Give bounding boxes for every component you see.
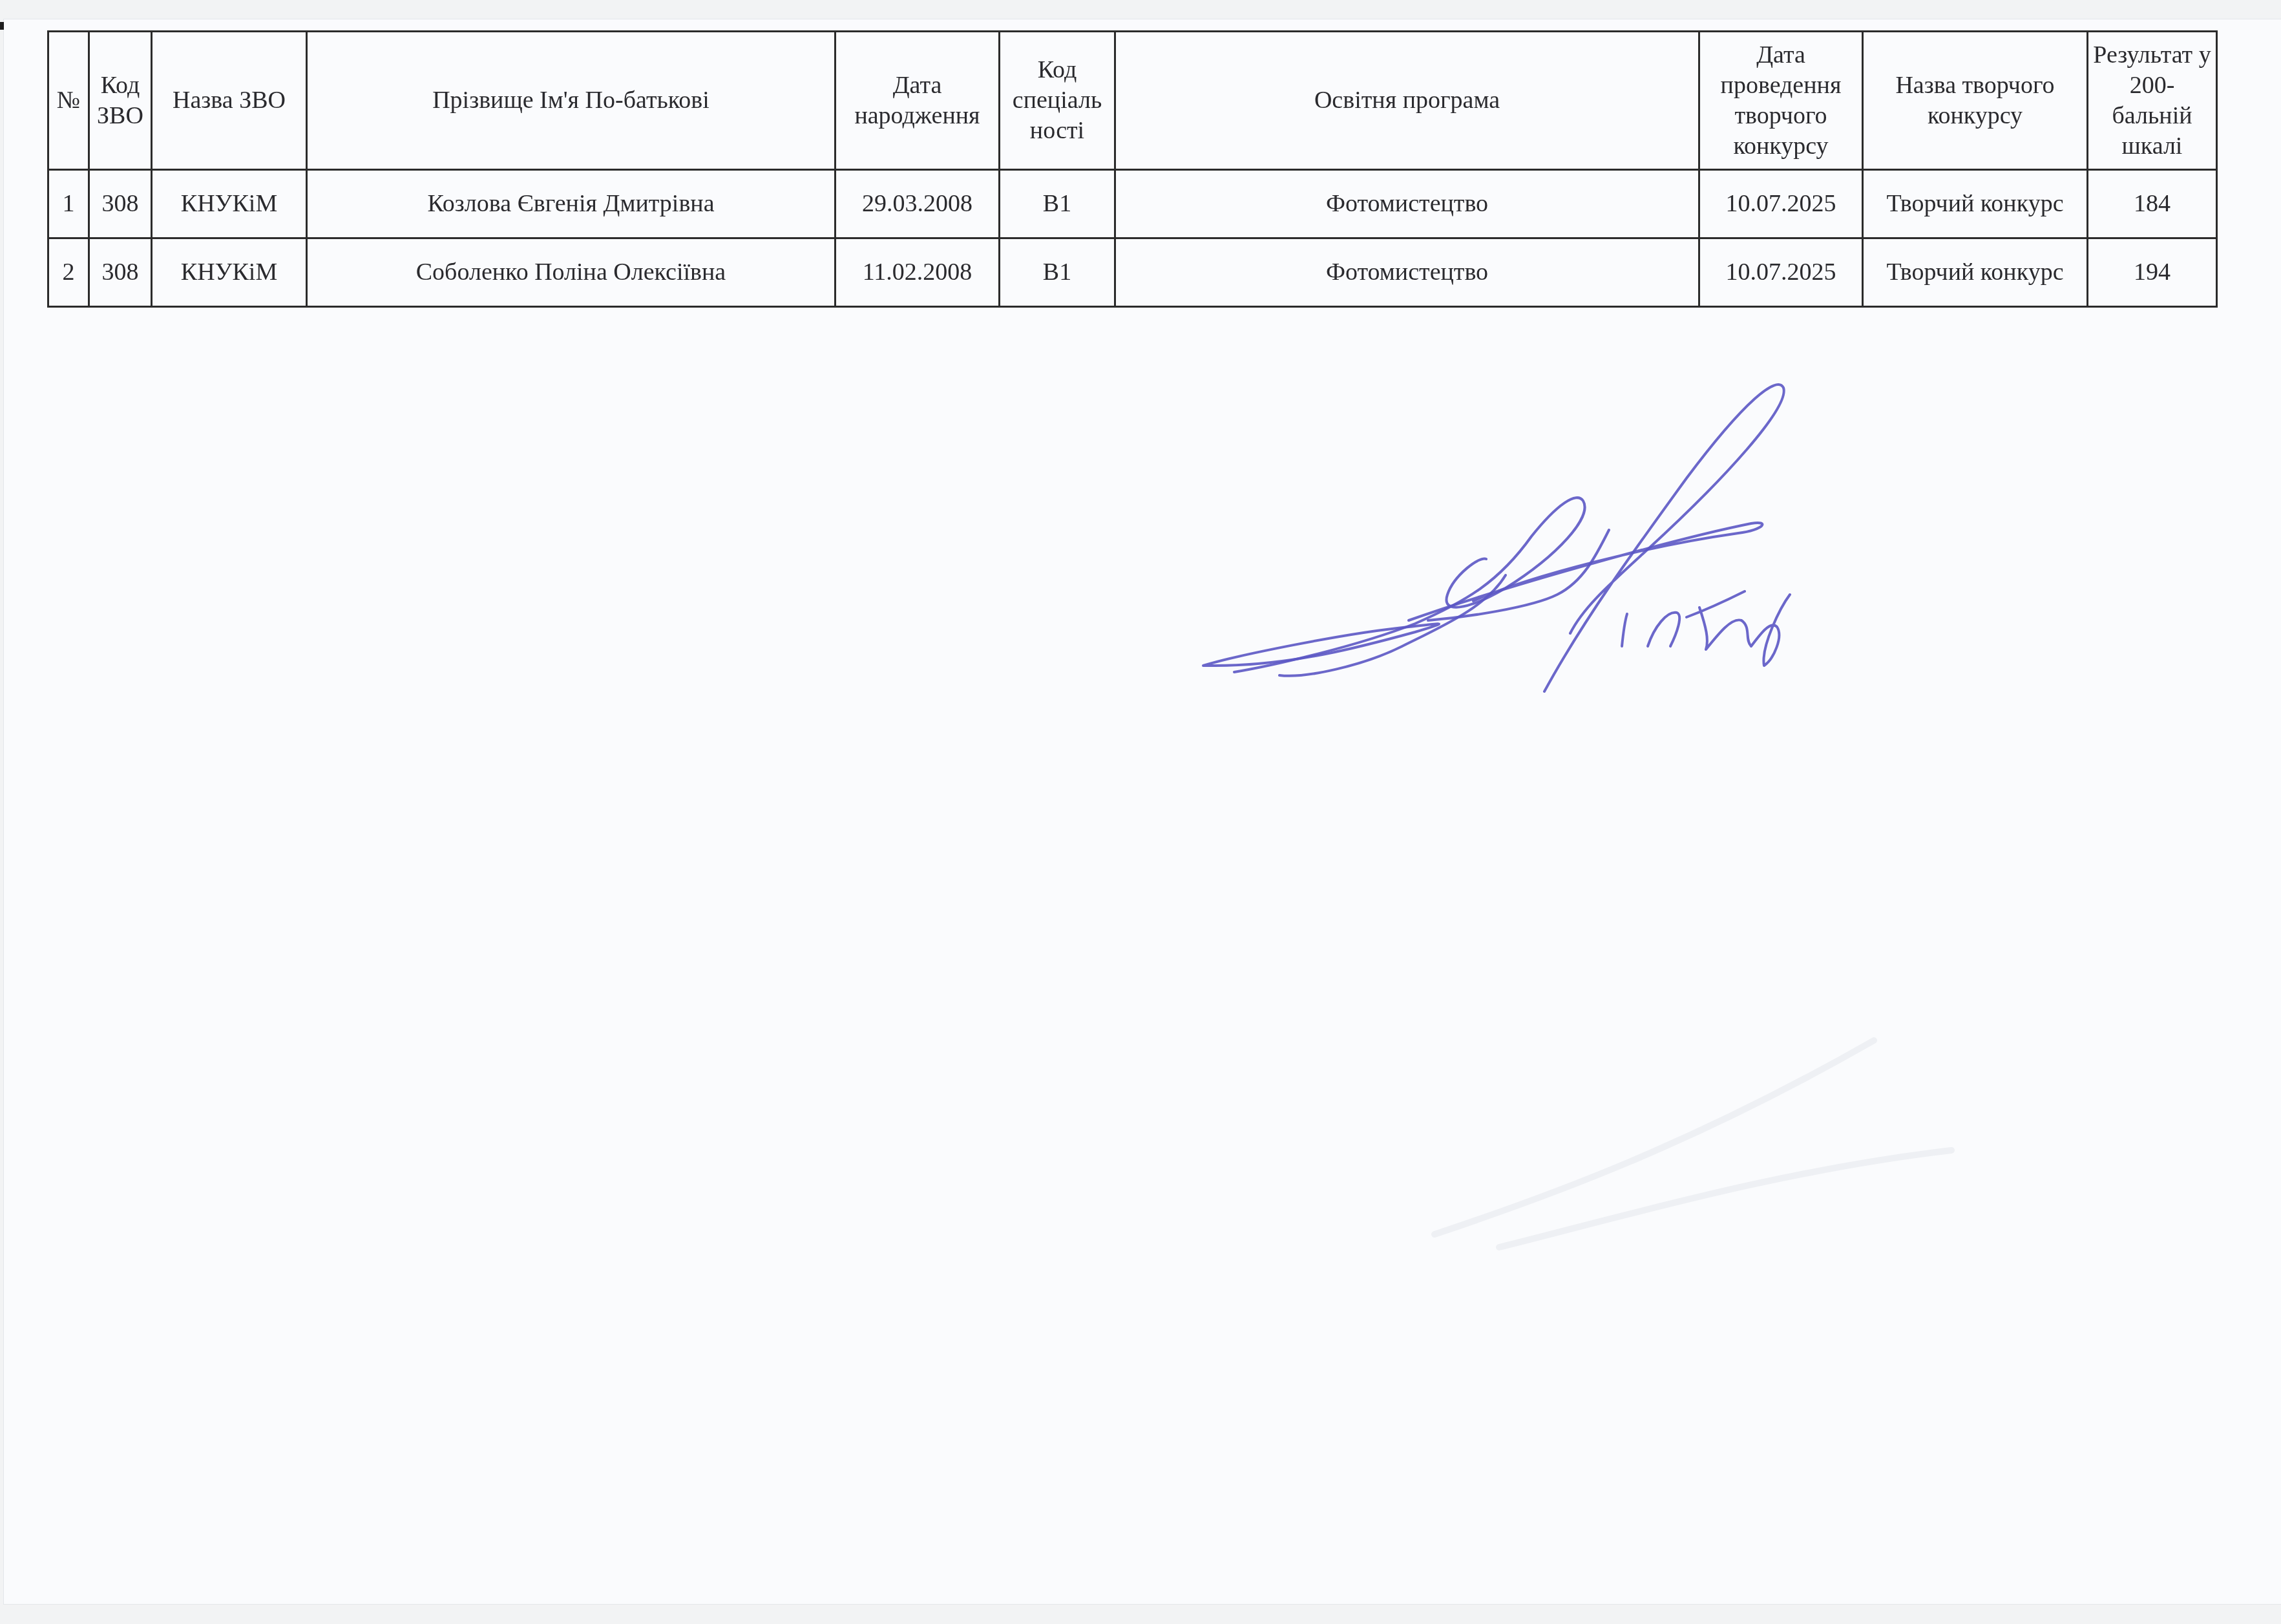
cell-contest-name: Творчий конкурс: [1863, 238, 2088, 307]
cell-contest-date: 10.07.2025: [1699, 170, 1863, 238]
header-specialty-code: Код спеціаль ності: [1000, 32, 1115, 170]
header-num: №: [48, 32, 89, 170]
cell-contest-name: Творчий конкурс: [1863, 170, 2088, 238]
results-table: № Код ЗВО Назва ЗВО Прізвище Ім'я По-бат…: [47, 30, 2218, 308]
scan-edge-mark: [0, 22, 4, 30]
cell-score: 184: [2088, 170, 2217, 238]
cell-zvo-name: КНУКіМ: [152, 170, 307, 238]
cell-program: Фотомистецтво: [1115, 238, 1699, 307]
embossed-signature-imprint: [1422, 1002, 2003, 1292]
cell-birth-date: 29.03.2008: [836, 170, 1000, 238]
cell-num: 1: [48, 170, 89, 238]
cell-contest-date: 10.07.2025: [1699, 238, 1863, 307]
cell-zvo-code: 308: [89, 170, 152, 238]
cell-num: 2: [48, 238, 89, 307]
header-score: Результат у 200-бальній шкалі: [2088, 32, 2217, 170]
header-program: Освітня програма: [1115, 32, 1699, 170]
table-row: 2 308 КНУКіМ Соболенко Поліна Олексіївна…: [48, 238, 2217, 307]
cell-program: Фотомистецтво: [1115, 170, 1699, 238]
header-full-name: Прізвище Ім'я По-батькові: [307, 32, 836, 170]
header-zvo-code: Код ЗВО: [89, 32, 152, 170]
cell-specialty-code: B1: [1000, 238, 1115, 307]
cell-specialty-code: B1: [1000, 170, 1115, 238]
header-contest-name: Назва творчого конкурсу: [1863, 32, 2088, 170]
cell-zvo-code: 308: [89, 238, 152, 307]
table-row: 1 308 КНУКіМ Козлова Євгенія Дмитрівна 2…: [48, 170, 2217, 238]
cell-zvo-name: КНУКіМ: [152, 238, 307, 307]
cell-birth-date: 11.02.2008: [836, 238, 1000, 307]
header-birth-date: Дата народження: [836, 32, 1000, 170]
cell-full-name: Козлова Євгенія Дмитрівна: [307, 170, 836, 238]
table-header-row: № Код ЗВО Назва ЗВО Прізвище Ім'я По-бат…: [48, 32, 2217, 170]
cell-score: 194: [2088, 238, 2217, 307]
header-zvo-name: Назва ЗВО: [152, 32, 307, 170]
cell-full-name: Соболенко Поліна Олексіївна: [307, 238, 836, 307]
signature-icon: [1195, 362, 2068, 724]
header-contest-date: Дата проведення творчого конкурсу: [1699, 32, 1863, 170]
